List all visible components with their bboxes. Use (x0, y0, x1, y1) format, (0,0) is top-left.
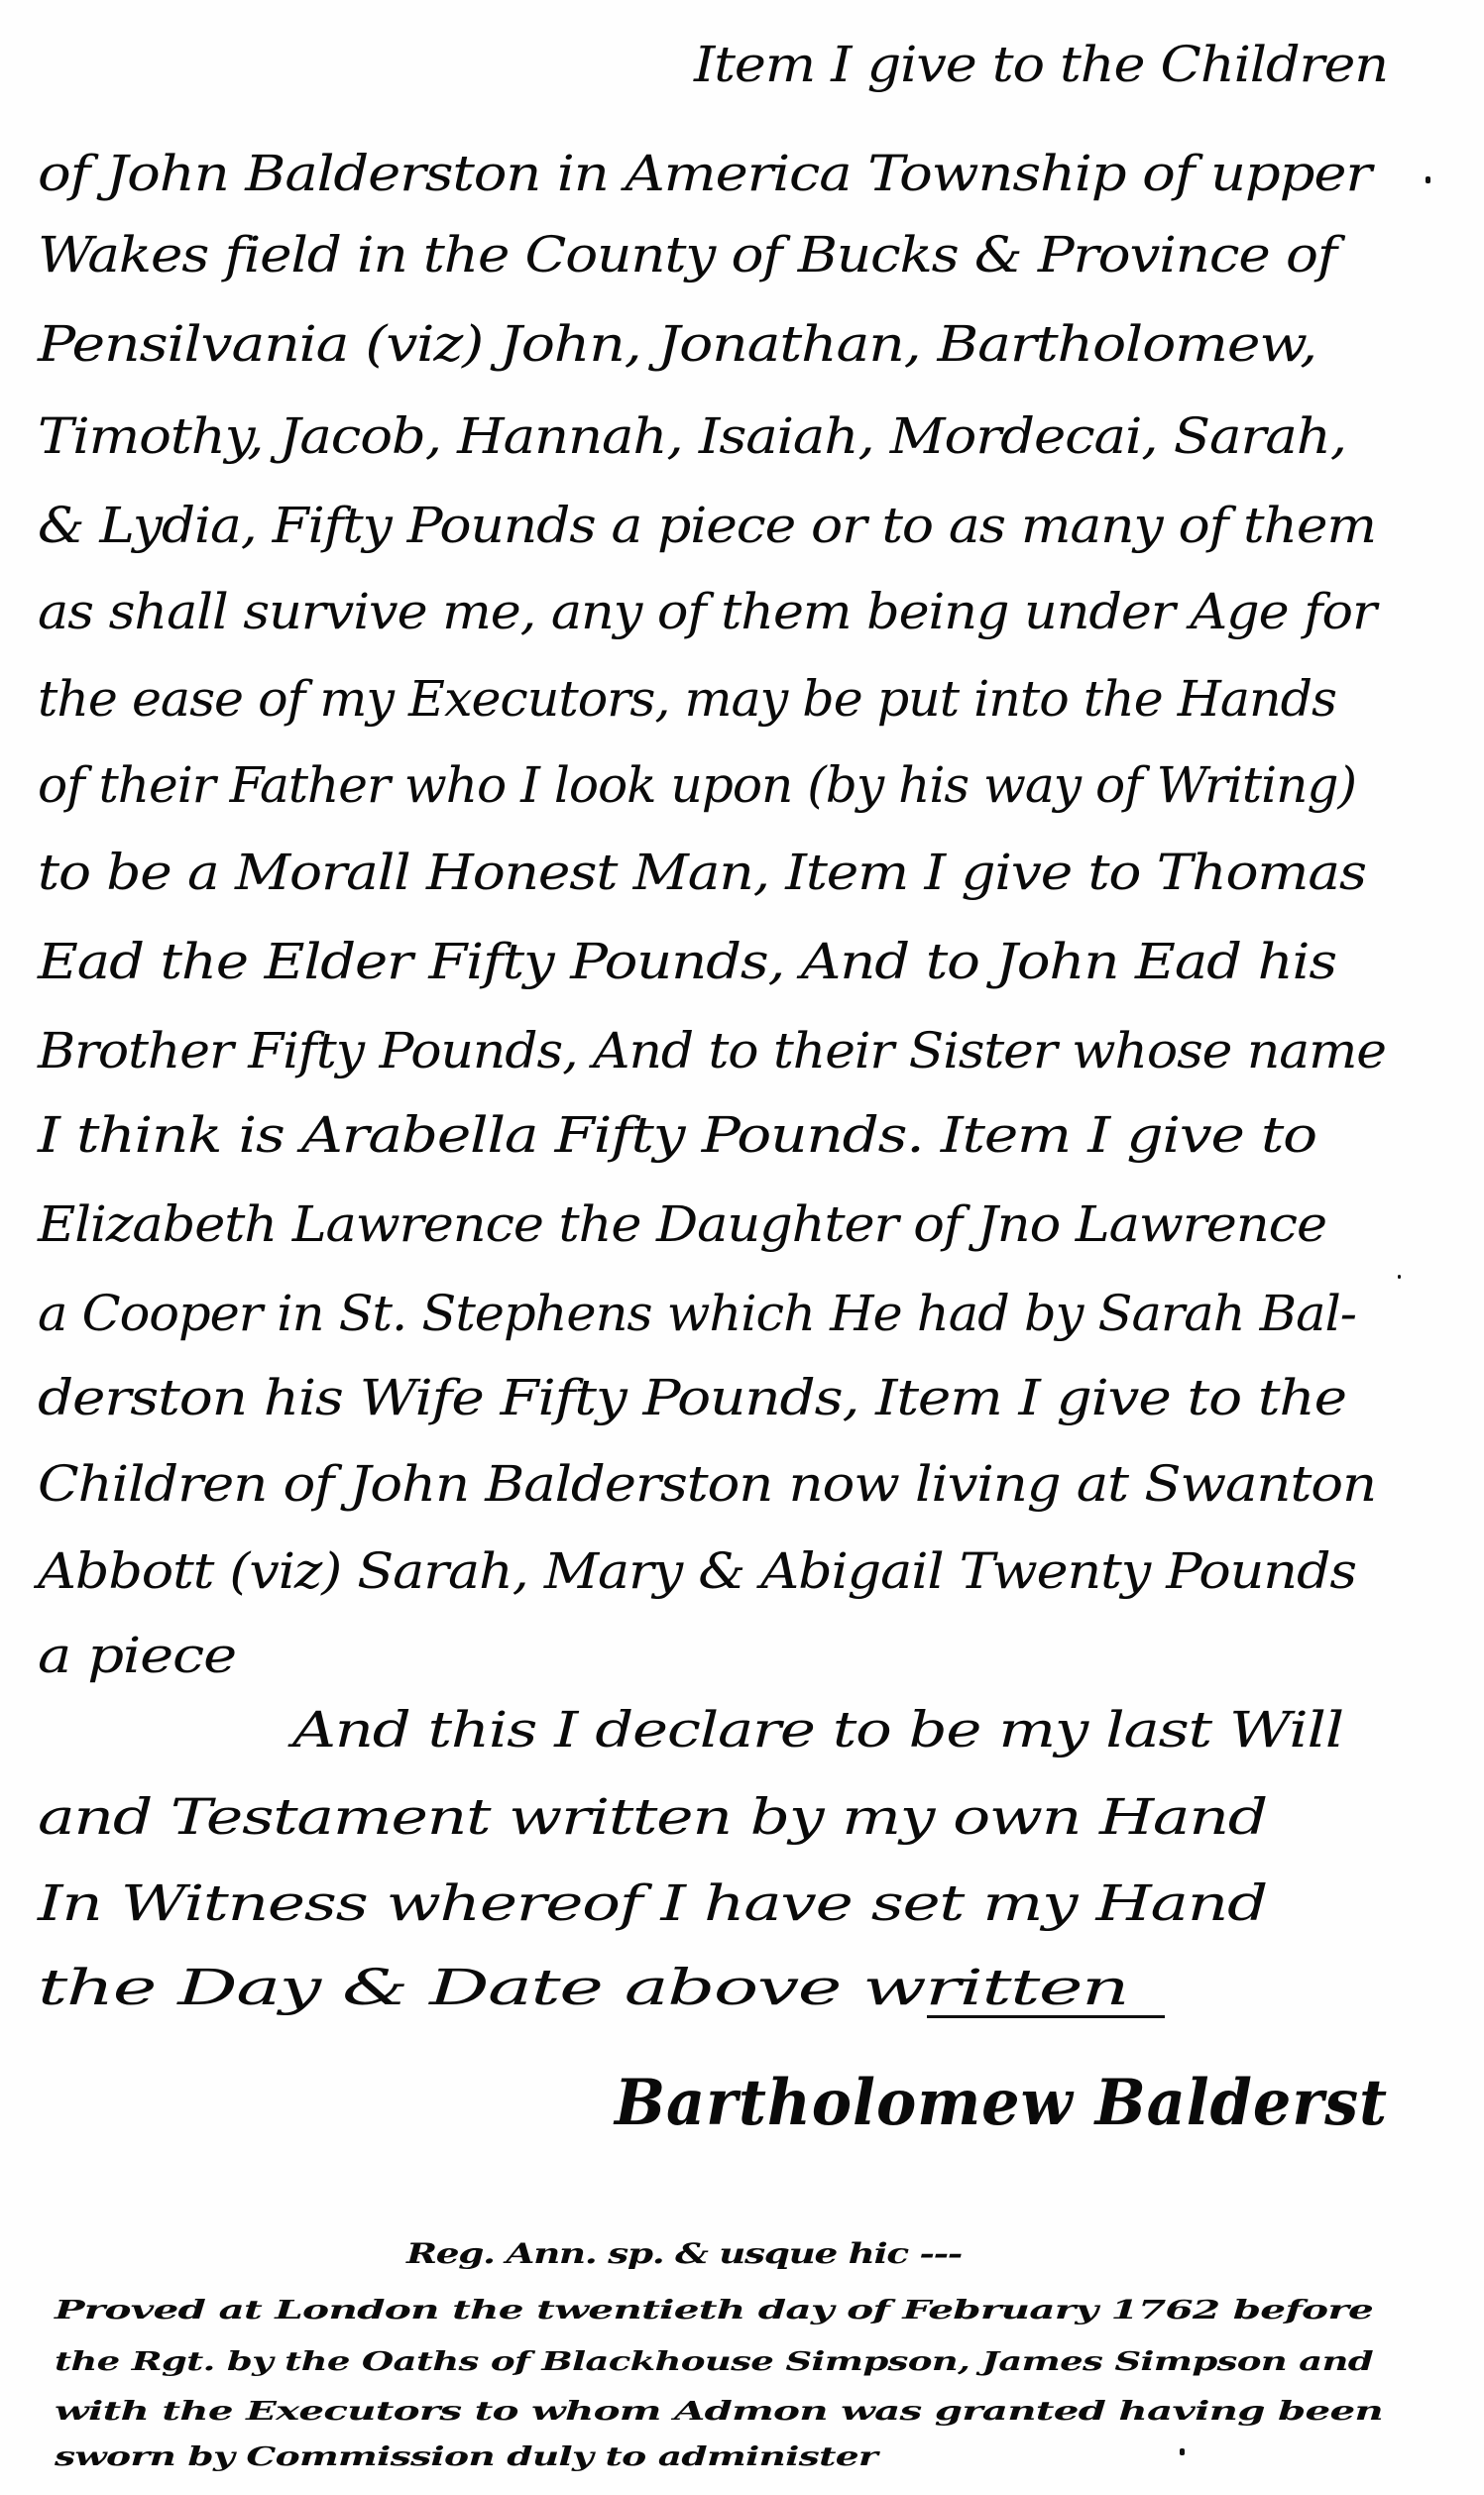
will-text-line: and Testament written by my own Hand (38, 1792, 1267, 1842)
will-text-line: as shall survive me, any of them being u… (38, 587, 1376, 636)
will-text-line: the Day & Date above written (38, 1963, 1128, 2012)
probate-text-line: the Rgt. by the Oaths of Blackhouse Simp… (55, 2349, 1373, 2375)
will-text-line: of their Father who I look upon (by his … (38, 760, 1356, 810)
will-text-line: Wakes field in the County of Bucks & Pro… (38, 230, 1336, 280)
will-text-line: Pensilvania (viz) John, Jonathan, Bartho… (38, 319, 1316, 369)
ink-speck (1180, 2448, 1185, 2455)
will-text-line: Abbott (viz) Sarah, Mary & Abigail Twent… (38, 1546, 1356, 1596)
will-text-line: Timothy, Jacob, Hannah, Isaiah, Mordecai… (38, 411, 1346, 461)
will-text-line: the ease of my Executors, may be put int… (38, 674, 1336, 724)
will-text-line: Brother Fifty Pounds, And to their Siste… (38, 1026, 1386, 1076)
signature: Bartholomew Balderst (615, 2072, 1388, 2135)
will-text-line: I think is Arabella Fifty Pounds. Item I… (38, 1110, 1316, 1160)
will-text-line: In Witness whereof I have set my Hand (38, 1878, 1267, 1928)
will-text-line: Elizabeth Lawrence the Daughter of Jno L… (38, 1199, 1326, 1249)
probate-text-line: with the Executors to whom Admon was gra… (55, 2399, 1383, 2425)
will-text-line: And this I declare to be my last Will (292, 1705, 1343, 1755)
will-text-line: a piece (38, 1631, 236, 1680)
will-text-line: derston his Wife Fifty Pounds, Item I gi… (38, 1373, 1346, 1422)
closing-flourish (927, 2015, 1165, 2018)
ink-speck (1398, 1275, 1401, 1279)
probate-text-line: sworn by Commission duly to administer (55, 2444, 877, 2470)
will-text-line: a Cooper in St. Stephens which He had by… (38, 1289, 1356, 1338)
ink-speck (1426, 176, 1430, 183)
probate-text-line: Proved at London the twentieth day of Fe… (55, 2298, 1373, 2324)
will-text-line: to be a Morall Honest Man, Item I give t… (38, 848, 1366, 897)
will-text-line: of John Balderston in America Township o… (38, 149, 1371, 198)
scanned-will-page: Item I give to the Childrenof John Balde… (0, 0, 1484, 2495)
will-text-line: Item I give to the Children (694, 40, 1388, 89)
will-text-line: & Lydia, Fifty Pounds a piece or to as m… (38, 501, 1376, 550)
will-text-line: Ead the Elder Fifty Pounds, And to John … (38, 937, 1336, 986)
will-text-line: Children of John Balderston now living a… (38, 1459, 1376, 1509)
probate-register-note: Reg. Ann. sp. & usque hic --- (406, 2240, 962, 2268)
